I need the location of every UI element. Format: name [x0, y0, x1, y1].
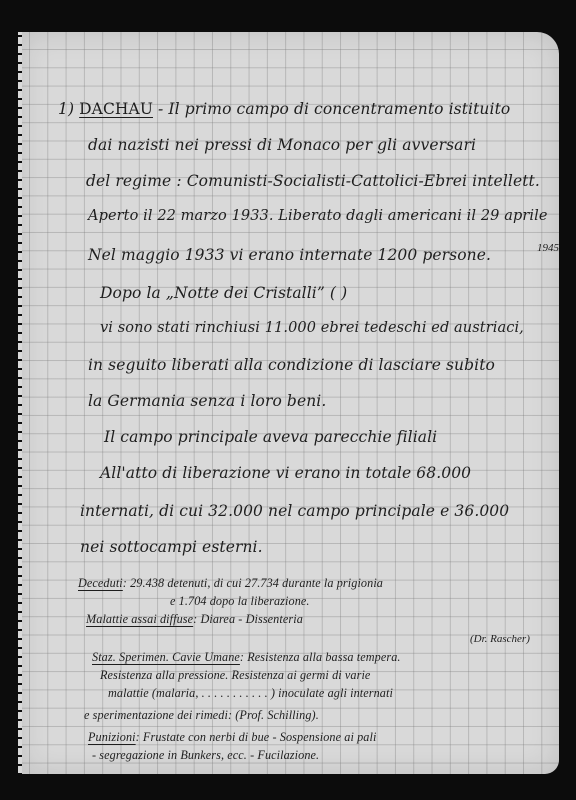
- body-line: nei sottocampi esterni.: [80, 538, 263, 556]
- experiments-line-4: e sperimentazione dei rimedi: (Prof. Sch…: [84, 708, 319, 723]
- punishments-line-2: - segregazione in Bunkers, ecc. - Fucila…: [92, 748, 319, 763]
- section-number: 1): [58, 100, 74, 118]
- body-line: in seguito liberati alla condizione di l…: [88, 356, 495, 374]
- section-title: DACHAU: [79, 100, 153, 118]
- experiments-line-3: malattie (malaria, . . . . . . . . . . .…: [108, 686, 393, 701]
- punishments-label: Punizioni: [88, 730, 136, 744]
- year-annotation: 1945: [537, 242, 559, 254]
- body-line: Dopo la „Notte dei Cristalli” ( ): [100, 284, 347, 302]
- experiments-label: Staz. Sperimen. Cavie Umane: [92, 650, 240, 664]
- section-heading-line: 1) DACHAU - Il primo campo di concentram…: [58, 100, 510, 118]
- body-line: del regime : Comunisti-Socialisti-Cattol…: [86, 172, 540, 190]
- diseases-text: : Diarea - Dissenteria: [193, 612, 303, 626]
- body-line: All'atto di liberazione vi erano in tota…: [100, 464, 471, 482]
- punishments-text: : Frustate con nerbi di bue - Sospension…: [136, 730, 377, 744]
- experiments-line: Staz. Sperimen. Cavie Umane: Resistenza …: [92, 650, 401, 665]
- body-line: dai nazisti nei pressi di Monaco per gli…: [88, 136, 476, 154]
- experiments-text: : Resistenza alla bassa tempera.: [240, 650, 401, 664]
- body-line: Il campo principale aveva parecchie fili…: [104, 428, 437, 446]
- experiments-line-2: Resistenza alla pressione. Resistenza ai…: [100, 668, 370, 683]
- punishments-line: Punizioni: Frustate con nerbi di bue - S…: [88, 730, 376, 745]
- body-line: la Germania senza i loro beni.: [88, 392, 326, 410]
- body-line: vi sono stati rinchiusi 11.000 ebrei ted…: [100, 320, 524, 336]
- deceased-text: : 29.438 detenuti, di cui 27.734 durante…: [123, 576, 383, 590]
- diseases-line: Malattie assai diffuse: Diarea - Dissent…: [86, 612, 303, 627]
- body-line: internati, di cui 32.000 nel campo princ…: [80, 502, 509, 520]
- body-line: Aperto il 22 marzo 1933. Liberato dagli …: [88, 208, 548, 224]
- deceased-label: Deceduti: [78, 576, 123, 590]
- rascher-annotation: (Dr. Rascher): [470, 633, 530, 645]
- deceased-line: Deceduti: 29.438 detenuti, di cui 27.734…: [78, 576, 383, 591]
- deceased-line-2: e 1.704 dopo la liberazione.: [170, 594, 310, 609]
- body-line: - Il primo campo di concentramento istit…: [158, 100, 510, 118]
- diseases-label: Malattie assai diffuse: [86, 612, 193, 626]
- body-line: Nel maggio 1933 vi erano internate 1200 …: [88, 246, 491, 264]
